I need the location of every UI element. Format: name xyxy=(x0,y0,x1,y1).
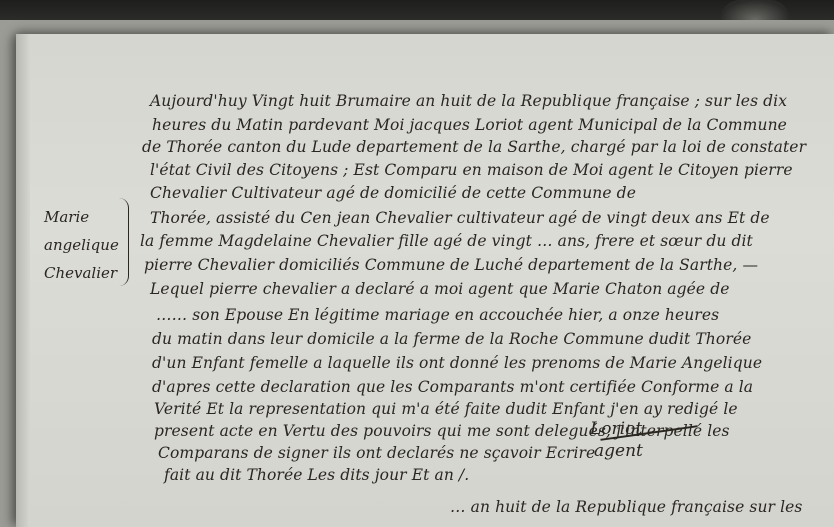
text-line: Comparans de signer ils ont declarés ne … xyxy=(158,444,595,462)
text-line: …… son Epouse En légitime mariage en acc… xyxy=(156,306,719,324)
text-line: l'état Civil des Citoyens ; Est Comparu … xyxy=(150,161,793,179)
brace xyxy=(118,198,129,286)
text-line: present acte en Vertu des pouvoirs qui m… xyxy=(154,422,730,440)
text-line: la femme Magdelaine Chevalier fille agé … xyxy=(140,232,753,250)
text-line: d'apres cette declaration que les Compar… xyxy=(152,378,753,396)
margin-note-line: Marie xyxy=(44,208,89,226)
text-line: Thorée, assisté du Cen jean Chevalier cu… xyxy=(150,209,770,227)
text-line: Chevalier Cultivateur agé de domicilié d… xyxy=(150,184,636,202)
text-line: d'un Enfant femelle a laquelle ils ont d… xyxy=(152,354,762,372)
page-edge xyxy=(16,34,30,527)
margin-note-line: Chevalier xyxy=(44,264,117,282)
text-line: de Thorée canton du Lude departement de … xyxy=(142,138,806,156)
text-line: fait au dit Thorée Les dits jour Et an /… xyxy=(164,466,469,484)
signature: Loriot agent xyxy=(590,418,643,462)
text-line: Verité Et la representation qui m'a été … xyxy=(154,400,738,418)
signature-title: agent xyxy=(590,440,643,462)
text-line: Aujourd'huy Vingt huit Brumaire an huit … xyxy=(150,92,787,110)
text-line: heures du Matin pardevant Moi jacques Lo… xyxy=(152,116,787,134)
text-line: pierre Chevalier domiciliés Commune de L… xyxy=(144,256,758,274)
text-line: du matin dans leur domicile a la ferme d… xyxy=(152,330,751,348)
margin-note-line: angelique xyxy=(44,236,119,254)
next-entry-line: … an huit de la Republique française sur… xyxy=(450,498,802,516)
text-line: Lequel pierre chevalier a declaré a moi … xyxy=(150,280,730,298)
